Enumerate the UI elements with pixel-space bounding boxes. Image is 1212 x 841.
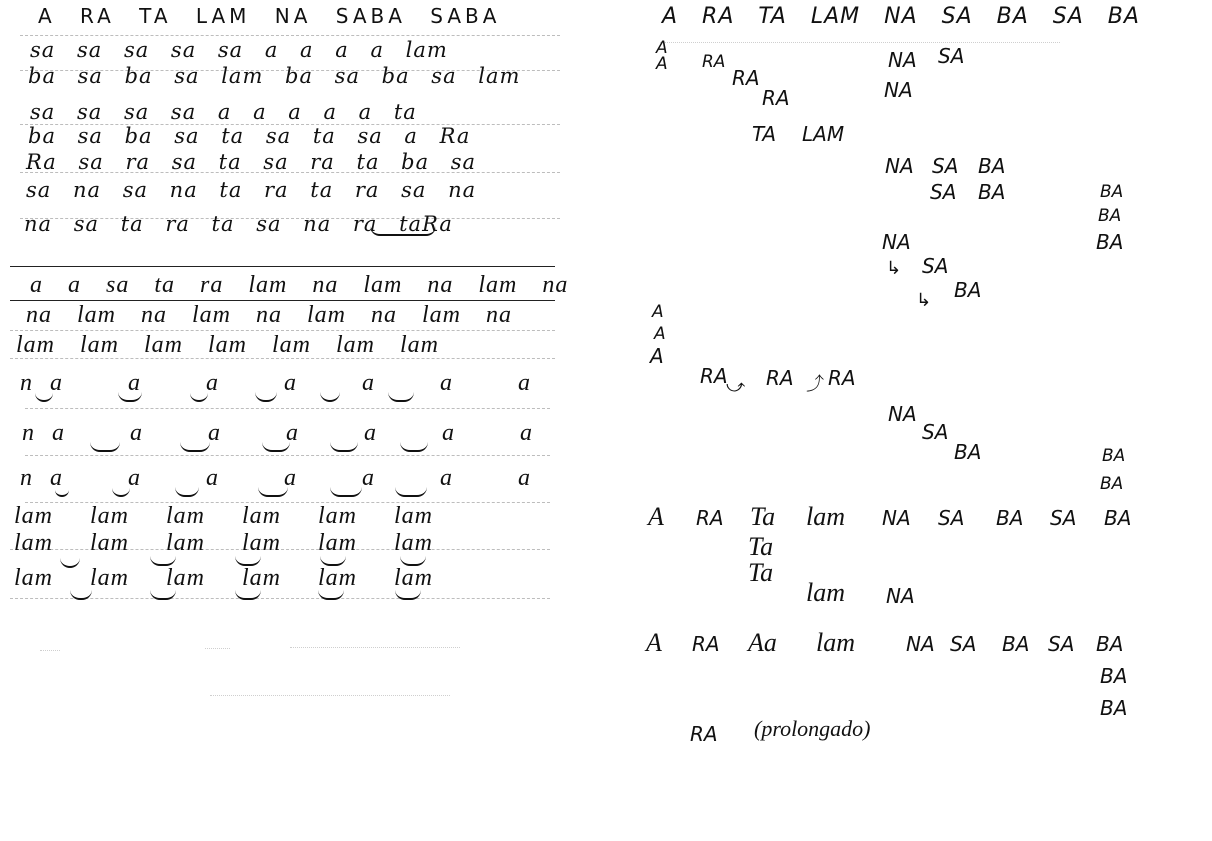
slur-mark bbox=[330, 442, 358, 452]
guide-rule bbox=[10, 330, 555, 331]
syllable-token: BA bbox=[1096, 632, 1123, 656]
syllable-token: BA bbox=[1096, 230, 1123, 254]
exercise-line: lam lam lam lam lam lam lam bbox=[16, 332, 439, 359]
exercise-line: na lam na lam na lam na lam na bbox=[26, 302, 512, 329]
section-divider bbox=[10, 266, 555, 267]
syllable-token: Aa bbox=[748, 628, 777, 658]
slur-mark bbox=[35, 392, 53, 402]
syllable-token: RA bbox=[732, 66, 760, 90]
footer-annotation: (prolongado) bbox=[754, 716, 871, 742]
exercise-line: na a a a a a a bbox=[20, 370, 548, 397]
syllable-token: BA bbox=[1100, 696, 1127, 720]
slur-mark bbox=[190, 392, 208, 402]
left-page: A RA TA LAM NA SABA SABA sa sa sa sa sa … bbox=[0, 0, 600, 841]
slur-mark bbox=[118, 392, 142, 402]
syllable-token: NA bbox=[884, 78, 913, 102]
curved-arrow-icon: ↳ bbox=[886, 258, 901, 279]
exercise-line: lam lam lam lam lam lam bbox=[14, 503, 433, 530]
syllable-token: lam bbox=[806, 502, 845, 532]
syllable-token: A bbox=[656, 54, 668, 74]
exercise-line: sa na sa na ta ra ta ra sa na bbox=[26, 178, 476, 202]
slur-mark bbox=[258, 487, 288, 497]
slur-mark bbox=[112, 487, 130, 497]
syllable-token: lam bbox=[806, 578, 845, 608]
syllable-token: TA bbox=[752, 122, 776, 146]
slur-mark bbox=[90, 442, 120, 452]
exercise-line: Ra sa ra sa ta sa ra ta ba sa bbox=[26, 150, 476, 174]
syllable-token: BA bbox=[954, 440, 981, 464]
syllable-token: A bbox=[648, 502, 664, 532]
guide-rule bbox=[20, 35, 560, 36]
syllable-token: NA bbox=[888, 48, 917, 72]
syllable-token: Ta bbox=[748, 558, 773, 588]
syllable-token: A bbox=[654, 324, 666, 344]
slur-mark bbox=[320, 392, 340, 402]
syllable-token: BA bbox=[1002, 632, 1029, 656]
curved-arrow-icon: ⤴ bbox=[806, 370, 824, 396]
syllable-token: RA bbox=[702, 52, 725, 72]
curved-arrow-icon: ↳ bbox=[916, 290, 931, 311]
syllable-token: SA bbox=[922, 254, 948, 278]
syllable-token: NA bbox=[888, 402, 917, 426]
slur-mark bbox=[395, 487, 427, 497]
syllable-token: RA bbox=[696, 506, 724, 530]
syllable-token: LAM bbox=[802, 122, 844, 146]
exercise-line: lam lam lam lam lam lam bbox=[14, 565, 433, 592]
syllable-token: BA bbox=[996, 506, 1023, 530]
syllable-token: BA bbox=[978, 180, 1005, 204]
exercise-header: A RA TA LAM NA SA BA SA BA bbox=[662, 4, 1140, 29]
exercise-line: sa sa sa sa a a a a a ta bbox=[30, 100, 417, 124]
exercise-title: A RA TA LAM NA SABA SABA bbox=[38, 4, 500, 28]
exercise-line: lam lam lam lam lam lam bbox=[14, 530, 433, 557]
syllable-token: NA bbox=[886, 584, 915, 608]
slur-mark bbox=[55, 487, 69, 497]
guide-rule bbox=[210, 695, 450, 696]
footer-syllable: RA bbox=[690, 722, 718, 746]
syllable-token: RA bbox=[766, 366, 794, 390]
syllable-token: BA bbox=[1098, 206, 1121, 226]
syllable-token: NA bbox=[882, 230, 911, 254]
slur-mark bbox=[400, 442, 428, 452]
syllable-token: BA bbox=[1102, 446, 1125, 466]
syllable-token: SA bbox=[950, 632, 976, 656]
slur-mark bbox=[180, 442, 210, 452]
slur-mark bbox=[255, 392, 277, 402]
syllable-token: A bbox=[652, 302, 664, 322]
syllable-token: NA bbox=[882, 506, 911, 530]
syllable-token: SA bbox=[932, 154, 958, 178]
syllable-token: BA bbox=[1104, 506, 1131, 530]
syllable-token: BA bbox=[978, 154, 1005, 178]
syllable-token: SA bbox=[1048, 632, 1074, 656]
syllable-token: RA bbox=[692, 632, 720, 656]
syllable-token: SA bbox=[938, 506, 964, 530]
syllable-token: lam bbox=[816, 628, 855, 658]
guide-rule bbox=[660, 42, 1060, 43]
guide-rule bbox=[290, 647, 460, 648]
slur-mark bbox=[175, 487, 199, 497]
guide-rule bbox=[205, 648, 230, 649]
syllable-token: NA bbox=[906, 632, 935, 656]
guide-rule bbox=[10, 598, 550, 599]
guide-rule bbox=[25, 408, 550, 409]
guide-rule bbox=[40, 650, 60, 651]
syllable-token: SA bbox=[922, 420, 948, 444]
syllable-token: BA bbox=[1100, 474, 1123, 494]
syllable-token: A bbox=[646, 628, 662, 658]
right-page: A RA TA LAM NA SA BA SA BA A A RA RA RA … bbox=[620, 0, 1212, 841]
syllable-token: RA bbox=[700, 364, 728, 388]
syllable-token: RA bbox=[762, 86, 790, 110]
exercise-line: a a sa ta ra lam na lam na lam na bbox=[30, 272, 568, 299]
section-divider bbox=[10, 300, 555, 301]
syllable-token: Ta bbox=[750, 502, 775, 532]
syllable-token: NA bbox=[885, 154, 914, 178]
exercise-line: sa sa sa sa sa a a a a lam bbox=[30, 38, 448, 62]
guide-rule bbox=[25, 455, 550, 456]
syllable-token: SA bbox=[938, 44, 964, 68]
curved-arrow-icon: ⤻ bbox=[726, 376, 745, 397]
slur-mark bbox=[330, 487, 362, 497]
syllable-token: SA bbox=[1050, 506, 1076, 530]
exercise-line: ba sa ba sa lam ba sa ba sa lam bbox=[28, 64, 520, 88]
syllable-token: RA bbox=[828, 366, 856, 390]
syllable-token: BA bbox=[1100, 664, 1127, 688]
slur-mark bbox=[388, 392, 414, 402]
syllable-token: A bbox=[650, 344, 664, 368]
syllable-token: SA bbox=[930, 180, 956, 204]
exercise-line: ba sa ba sa ta sa ta sa a Ra bbox=[28, 124, 470, 148]
syllable-token: BA bbox=[954, 278, 981, 302]
underline-mark bbox=[370, 226, 436, 236]
syllable-token: BA bbox=[1100, 182, 1123, 202]
slur-mark bbox=[262, 442, 290, 452]
